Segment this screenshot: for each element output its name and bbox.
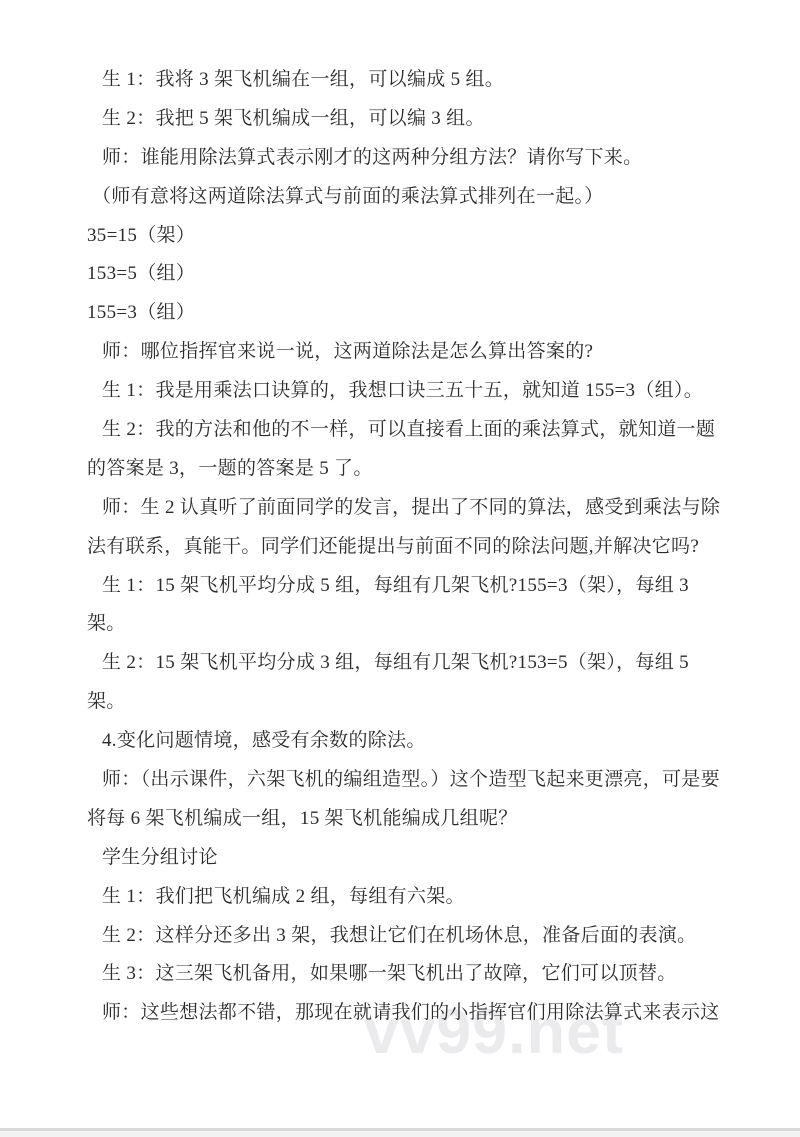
text-line: 师：哪位指挥官来说一说，这两道除法是怎么算出答案的?: [87, 333, 727, 372]
text-line: 生 2：我的方法和他的不一样，可以直接看上面的乘法算式，就知道一题: [87, 411, 727, 450]
text-line: 155=3（组）: [87, 294, 727, 333]
text-line: 生 2：15 架飞机平均分成 3 组，每组有几架飞机?153=5（架），每组 5: [87, 644, 727, 683]
text-line: 架。: [87, 605, 727, 644]
text-line: 35=15（架）: [87, 217, 727, 256]
text-line: 师：这些想法都不错，那现在就请我们的小指挥官们用除法算式来表示这: [87, 994, 727, 1033]
text-line: （师有意将这两道除法算式与前面的乘法算式排列在一起。）: [87, 178, 727, 217]
text-line: 架。: [87, 683, 727, 722]
document-page: vv99.net 生 1：我将 3 架飞机编在一组，可以编成 5 组。生 2：我…: [0, 0, 800, 1137]
text-line: 生 1：我是用乘法口诀算的，我想口诀三五十五，就知道 155=3（组）。: [87, 372, 727, 411]
text-line: 生 2：这样分还多出 3 架，我想让它们在机场休息，准备后面的表演。: [87, 917, 727, 956]
bottom-bar: [0, 1128, 800, 1137]
text-line: 将每 6 架飞机编成一组，15 架飞机能编成几组呢？: [87, 800, 727, 839]
text-line: 法有联系，真能干。同学们还能提出与前面不同的除法问题,并解决它吗?: [87, 528, 727, 567]
document-body: 生 1：我将 3 架飞机编在一组，可以编成 5 组。生 2：我把 5 架飞机编成…: [87, 61, 727, 1033]
text-line: 师：谁能用除法算式表示刚才的这两种分组方法？请你写下来。: [87, 139, 727, 178]
text-line: 153=5（组）: [87, 255, 727, 294]
text-line: 学生分组讨论: [87, 839, 727, 878]
text-line: 生 1：我们把飞机编成 2 组，每组有六架。: [87, 878, 727, 917]
text-line: 4.变化问题情境，感受有余数的除法。: [87, 722, 727, 761]
text-line: 师：生 2 认真听了前面同学的发言，提出了不同的算法，感受到乘法与除: [87, 489, 727, 528]
text-line: 的答案是 3，一题的答案是 5 了。: [87, 450, 727, 489]
text-line: 师：（出示课件，六架飞机的编组造型。）这个造型飞起来更漂亮，可是要: [87, 761, 727, 800]
text-line: 生 2：我把 5 架飞机编成一组，可以编 3 组。: [87, 100, 727, 139]
text-line: 生 1：我将 3 架飞机编在一组，可以编成 5 组。: [87, 61, 727, 100]
text-line: 生 1：15 架飞机平均分成 5 组，每组有几架飞机?155=3（架），每组 3: [87, 567, 727, 606]
text-line: 生 3：这三架飞机备用，如果哪一架飞机出了故障，它们可以顶替。: [87, 955, 727, 994]
